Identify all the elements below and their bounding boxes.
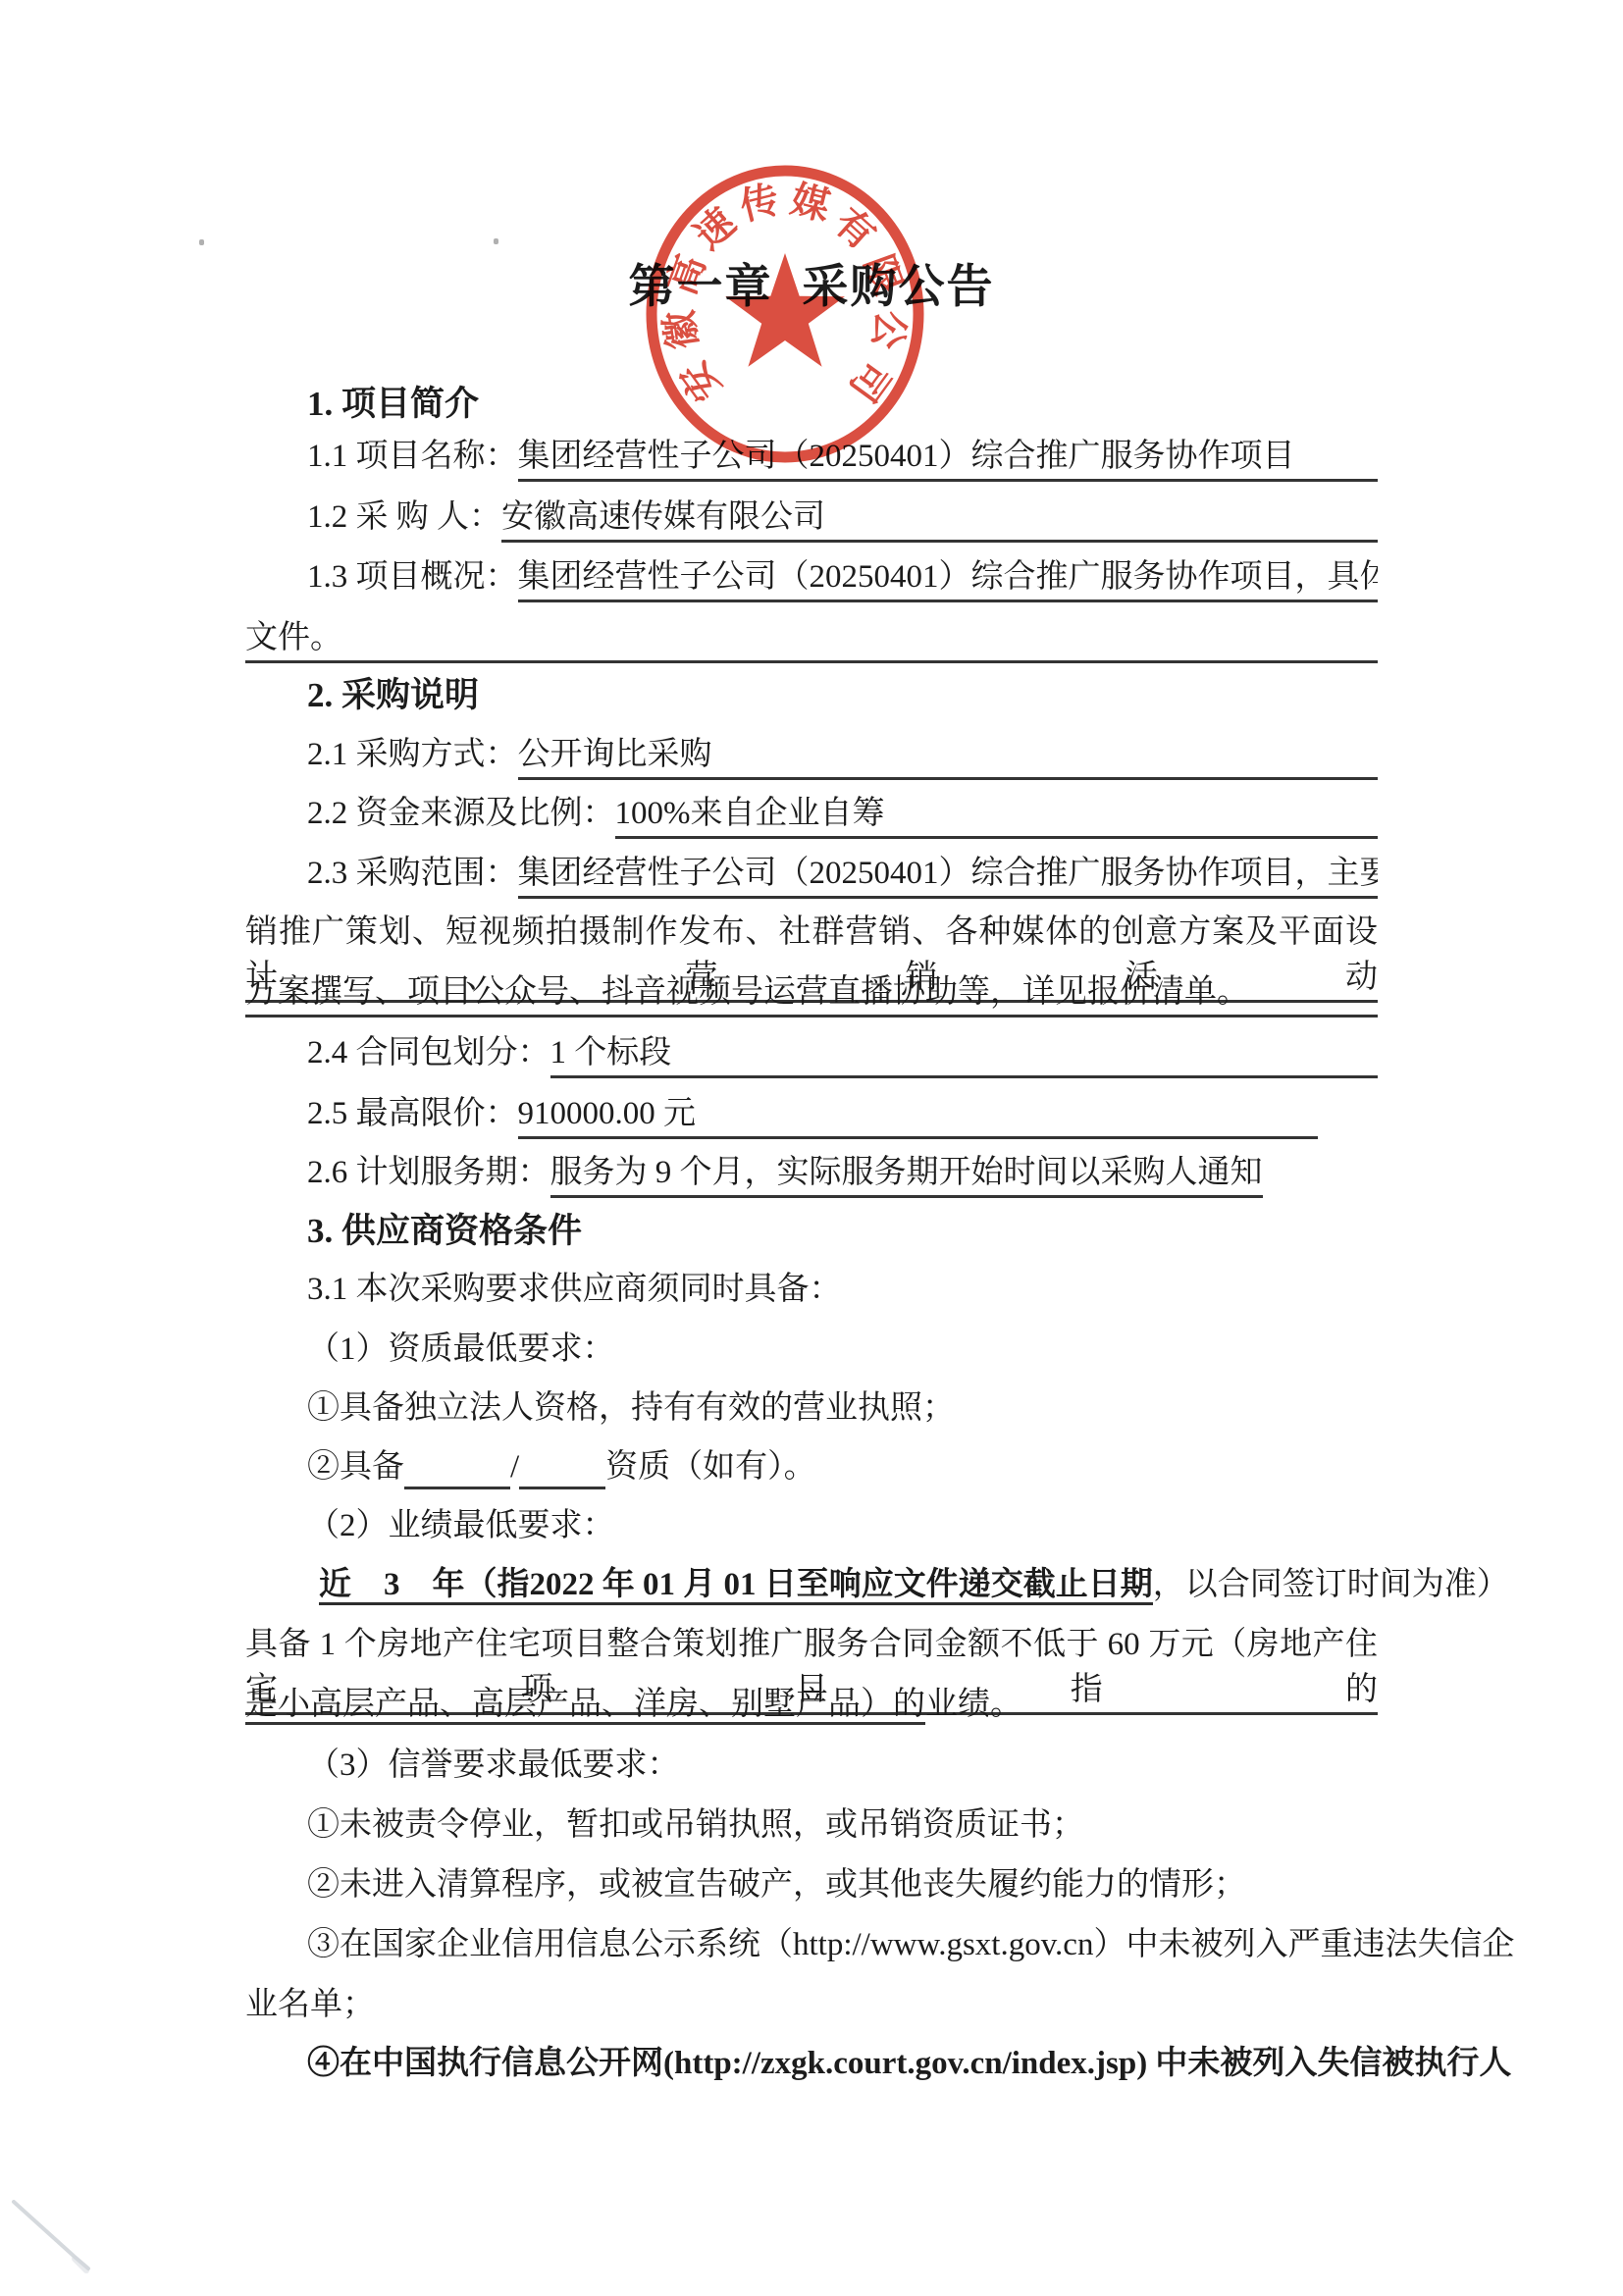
blank-field-1	[404, 1451, 510, 1489]
section2-header: 2. 采购说明	[307, 673, 1378, 718]
field-value-contract-packages: 1 个标段	[550, 1030, 1379, 1078]
line-2-3: 2.3 采购范围：集团经营性子公司（20250401）综合推广服务协作项目，主要…	[307, 851, 1378, 899]
line-2-6: 2.6 计划服务期：服务为 9 个月，实际服务期开始时间以采购人通知的为准。	[307, 1150, 1263, 1198]
credit-item-2: ②未进入清算程序，或被宣告破产，或其他丧失履约能力的情形；	[307, 1862, 1378, 1907]
field-value-procurement-method: 公开询比采购	[518, 732, 1379, 780]
performance-line-3-rest: 业绩。	[925, 1687, 1022, 1722]
field-value-price-ceiling: 910000.00 元	[518, 1091, 1319, 1139]
company-seal: 安 徽 高 速 传 媒 有 限 公 司	[623, 147, 947, 481]
line-2-2: 2.2 资金来源及比例：100%来自企业自筹	[307, 791, 1378, 839]
performance-period-normal: ，以合同签订时间为准）	[1153, 1567, 1509, 1602]
scan-speck	[199, 239, 204, 245]
slash-separator: /	[510, 1449, 519, 1485]
field-value-funding-source: 100%来自企业自筹	[615, 791, 1379, 839]
line-2-3-continuation-2: 方案撰写、项目公众号、抖音视频号运营直播协助等，详见报价清单。	[245, 969, 1378, 1018]
blank-field-2	[519, 1451, 605, 1489]
qualification-item-1: ①具备独立法人资格，持有有效的营业执照；	[307, 1385, 1378, 1431]
line-3-1: 3.1 本次采购要求供应商须同时具备：	[307, 1267, 1378, 1312]
scan-crease	[0, 2188, 118, 2296]
credit-item-1: ①未被责令停业，暂扣或吊销执照，或吊销资质证书；	[307, 1802, 1378, 1848]
field-label-contract-packages: 2.4 合同包划分：	[307, 1030, 550, 1078]
chapter-title-number: 第一章	[629, 262, 773, 313]
credit-item-3-continuation: 业名单；	[245, 1982, 1378, 2027]
credit-item-4: ④在中国执行信息公开网(http://zxgk.court.gov.cn/ind…	[307, 2041, 1378, 2086]
document-page: 第一章采购公告 1. 项目简介 1.1 项目名称：集团经营性子公司（202504…	[0, 0, 1623, 2296]
field-value-service-period: 服务为 9 个月，实际服务期开始时间以采购人通知的为准。	[550, 1150, 1264, 1198]
seal-char: 媒	[787, 179, 834, 229]
seal-char: 公	[864, 308, 912, 352]
performance-requirement-line-3: 是小高层产品、高层产品、洋房、别墅产品）的业绩。	[245, 1682, 1378, 1727]
scan-speck	[494, 238, 498, 244]
qualification-item-2-prefix: ②具备	[307, 1449, 404, 1485]
seal-char: 徽	[658, 308, 706, 352]
performance-requirement-line-1: 近 3 年（指2022 年 01 月 01 日至响应文件递交截止日期，以合同签订…	[245, 1562, 1378, 1607]
line-2-1: 2.1 采购方式：公开询比采购	[307, 732, 1378, 780]
field-label-purchaser: 1.2 采 购 人：	[307, 495, 501, 543]
line-2-5: 2.5 最高限价：910000.00 元	[307, 1091, 1318, 1139]
field-value-purchaser: 安徽高速传媒有限公司	[501, 495, 1378, 543]
qualification-item-2: ②具备/资质（如有）。	[307, 1444, 1378, 1489]
line-1-1: 1.1 项目名称：集团经营性子公司（20250401）综合推广服务协作项目	[307, 434, 1378, 482]
line-1-3: 1.3 项目概况：集团经营性子公司（20250401）综合推广服务协作项目，具体…	[307, 554, 1378, 602]
field-label-procurement-method: 2.1 采购方式：	[307, 732, 518, 780]
line-1-2: 1.2 采 购 人：安徽高速传媒有限公司	[307, 495, 1378, 543]
chapter-title: 第一章采购公告	[0, 261, 1623, 314]
seal-char: 速	[687, 201, 744, 258]
field-value-project-name: 集团经营性子公司（20250401）综合推广服务协作项目	[518, 434, 1379, 482]
chapter-title-text: 采购公告	[803, 262, 995, 313]
field-label-service-period: 2.6 计划服务期：	[307, 1150, 550, 1198]
qualification-requirements-title: （1）资质最低要求：	[307, 1327, 1378, 1372]
field-label-project-overview: 1.3 项目概况：	[307, 554, 518, 602]
line-2-4: 2.4 合同包划分：1 个标段	[307, 1030, 1378, 1078]
section3-header: 3. 供应商资格条件	[307, 1209, 1378, 1254]
seal-char: 有	[826, 201, 883, 258]
field-label-price-ceiling: 2.5 最高限价：	[307, 1091, 518, 1139]
field-value-project-overview: 集团经营性子公司（20250401）综合推广服务协作项目，具体详见采购	[518, 554, 1379, 602]
line-1-3-continuation: 文件。	[245, 615, 1378, 663]
field-label-procurement-scope: 2.3 采购范围：	[307, 851, 518, 899]
section1-header: 1. 项目简介	[307, 382, 1378, 427]
field-value-procurement-scope: 集团经营性子公司（20250401）综合推广服务协作项目，主要内容为营	[518, 851, 1379, 899]
qualification-item-2-suffix: 资质（如有）。	[605, 1449, 816, 1485]
performance-line-3-underlined: 是小高层产品、高层产品、洋房、别墅产品）的	[245, 1687, 925, 1725]
credit-requirements-title: （3）信誉要求最低要求：	[307, 1743, 1378, 1788]
field-label-funding-source: 2.2 资金来源及比例：	[307, 791, 615, 839]
field-label-project-name: 1.1 项目名称：	[307, 434, 518, 482]
performance-period-bold: 近 3 年（指2022 年 01 月 01 日至响应文件递交截止日期	[319, 1567, 1153, 1605]
seal-char: 传	[736, 179, 783, 229]
credit-item-3: ③在国家企业信用信息公示系统（http://www.gsxt.gov.cn）中未…	[307, 1922, 1378, 1967]
performance-requirements-title: （2）业绩最低要求：	[307, 1503, 1378, 1548]
